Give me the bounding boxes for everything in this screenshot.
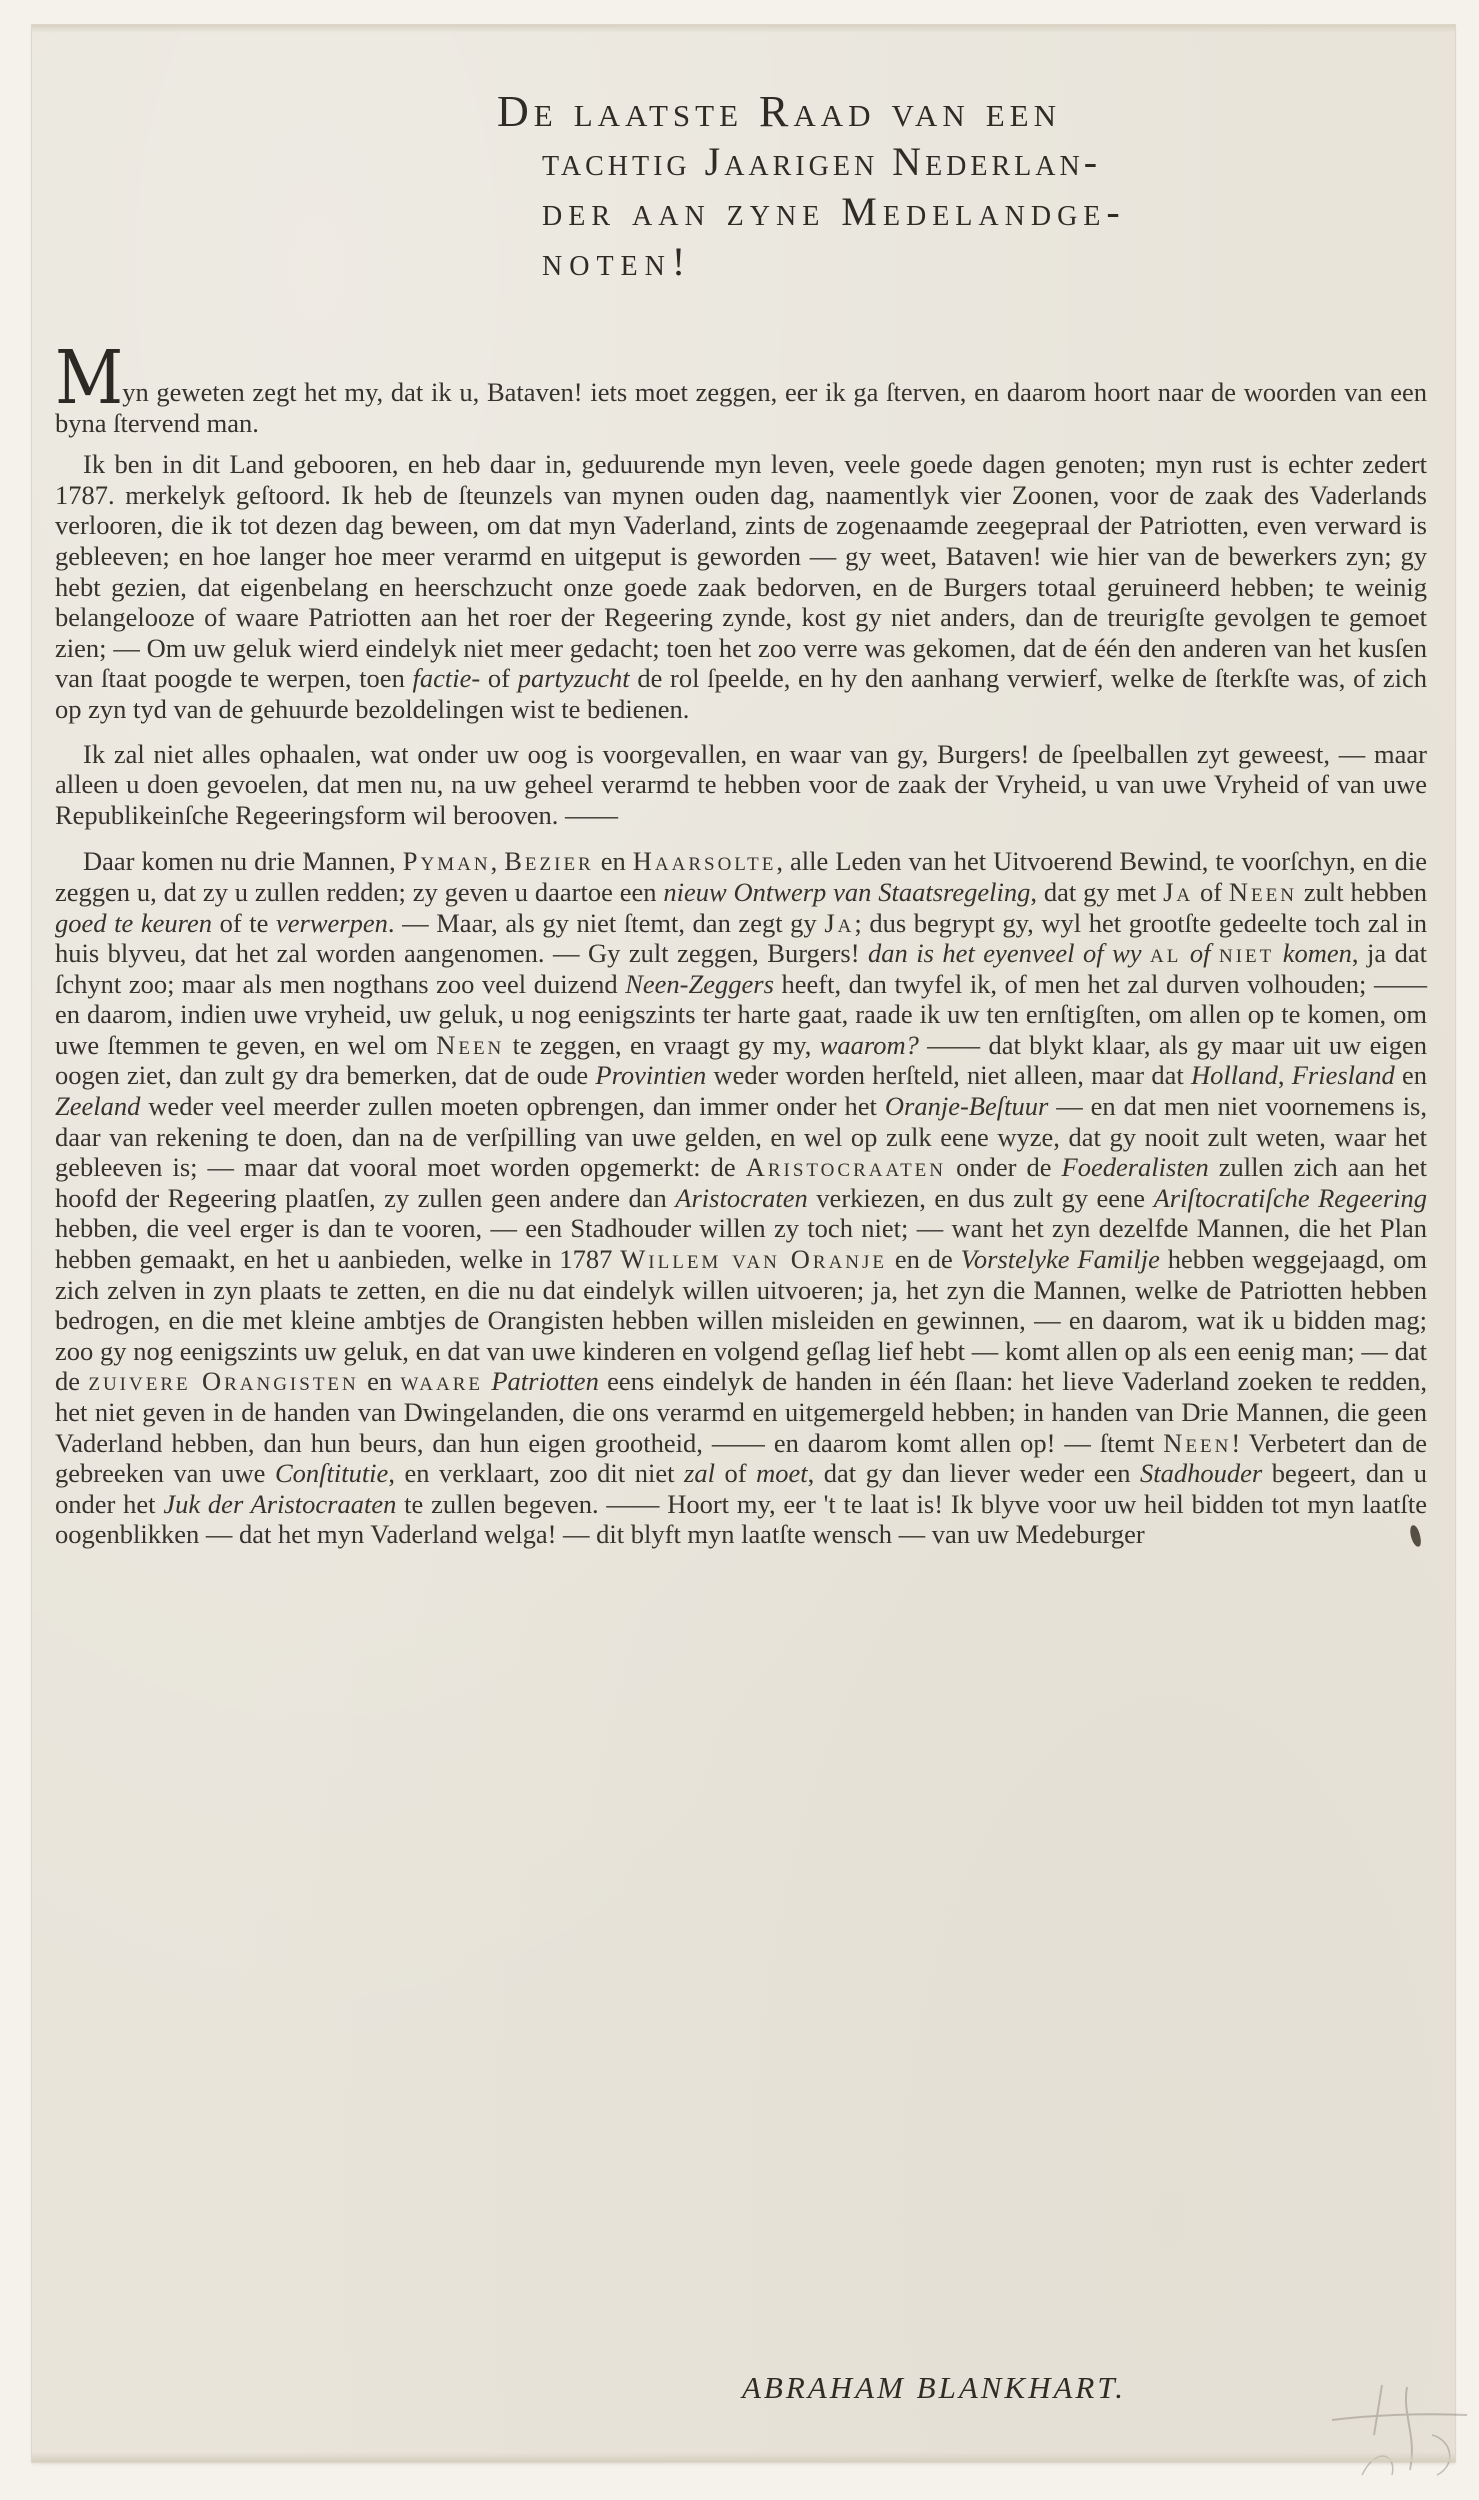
text-run: verkiezen, en dus zult gy eene [808, 1183, 1154, 1213]
italic-phrase: Holland [1191, 1060, 1278, 1090]
italic-phrase: Friesland [1292, 1060, 1395, 1090]
text-run: , en verklaart, zoo dit niet [388, 1458, 684, 1488]
italic-phrase: verwerpen [276, 908, 388, 938]
italic-phrase: moet [756, 1458, 808, 1488]
paragraph-4: Daar komen nu drie Mannen, Pyman, Bezier… [55, 846, 1427, 1550]
small-caps-phrase: Willem van Oranje [620, 1244, 887, 1274]
text-run: Ik zal niet alles ophaalen, wat onder uw… [55, 739, 1427, 830]
small-caps-phrase: Neen [436, 1030, 504, 1060]
text-run [1181, 938, 1190, 968]
text-run: , [491, 846, 505, 876]
italic-phrase: komen [1283, 938, 1352, 968]
text-run: , [1278, 1060, 1292, 1090]
italic-phrase: Zeeland [55, 1091, 140, 1121]
title-line-2: tachtig Jaarigen Nederlan- [497, 137, 1407, 187]
paragraph-2: Ik ben in dit Land gebooren, en heb daar… [55, 449, 1427, 724]
text-run: weder veel meerder zullen moeten opbreng… [140, 1091, 885, 1121]
small-caps-phrase: Ja [824, 908, 854, 938]
text-run: en [1395, 1060, 1427, 1090]
italic-phrase: Aristocraten [675, 1183, 808, 1213]
small-caps-phrase: zuivere Orangisten [88, 1366, 358, 1396]
italic-phrase: Neen-Zeggers [625, 969, 774, 999]
small-caps-phrase: Haarsolte [633, 846, 777, 876]
text-run: Daar komen nu drie Mannen, [83, 846, 403, 876]
text-run: of te [212, 908, 276, 938]
title-line-1: De laatste Raad van een [497, 87, 1407, 137]
text-run: zult hebben [1297, 877, 1427, 907]
text-run: of [715, 1458, 756, 1488]
italic-phrase: Stadhouder [1140, 1458, 1262, 1488]
italic-phrase: zal [684, 1458, 715, 1488]
small-caps-phrase: Pyman [403, 846, 491, 876]
italic-phrase: waarom? [820, 1030, 919, 1060]
text-run: of [480, 663, 518, 693]
italic-phrase: Foederalisten [1062, 1152, 1209, 1182]
small-caps-phrase: Aristocraaten [746, 1152, 946, 1182]
italic-phrase: Patriotten [491, 1366, 598, 1396]
paragraph-1: Myn geweten zegt het my, dat ik u, Batav… [55, 363, 1427, 438]
text-run: weder worden herſteld, niet alleen, maar… [706, 1060, 1191, 1090]
broadside-paper: De laatste Raad van een tachtig Jaarigen… [32, 25, 1455, 2462]
small-caps-phrase: niet [1219, 938, 1274, 968]
italic-phrase: Vorstelyke Familje [961, 1244, 1160, 1274]
text-run [1210, 938, 1219, 968]
text-run: of [1193, 877, 1229, 907]
small-caps-phrase: Ja [1163, 877, 1193, 907]
text-run [1142, 938, 1151, 968]
italic-phrase: factie- [413, 663, 481, 693]
author-signature: ABRAHAM BLANKHART. [742, 2370, 1126, 2406]
small-caps-phrase: Bezier [504, 846, 594, 876]
pencil-annotation-mark [1322, 2375, 1472, 2485]
small-caps-phrase: al [1150, 938, 1181, 968]
title-line-4: noten! [497, 237, 1407, 287]
paragraph-3: Ik zal niet alles ophaalen, wat onder uw… [55, 739, 1427, 831]
italic-phrase: Conſtitutie [275, 1458, 388, 1488]
title-line-3: der aan zyne Medelandge- [497, 187, 1407, 237]
text-run: en de [887, 1244, 961, 1274]
text-run: , dat gy met [1030, 877, 1163, 907]
italic-phrase: dan is het eyenveel of wy [868, 938, 1142, 968]
text-run: en [359, 1366, 401, 1396]
text-run: en [594, 846, 633, 876]
italic-phrase: goed te keuren [55, 908, 212, 938]
italic-phrase: Juk der Aristocraaten [163, 1489, 396, 1519]
italic-phrase: of [1190, 938, 1211, 968]
text-run: Ik ben in dit Land gebooren, en heb daar… [55, 449, 1427, 693]
italic-phrase: Oranje-Beſtuur [885, 1091, 1048, 1121]
text-run [1274, 938, 1283, 968]
small-caps-phrase: Neen [1163, 1428, 1231, 1458]
text-run: te zeggen, en vraagt gy my, [504, 1030, 819, 1060]
text-run: onder de [946, 1152, 1062, 1182]
italic-phrase: nieuw Ontwerp van Staatsregeling [663, 877, 1030, 907]
small-caps-phrase: waare [400, 1366, 483, 1396]
text-run: , dat gy dan liever weder een [808, 1458, 1140, 1488]
small-caps-phrase: Neen [1229, 877, 1297, 907]
document-body: Myn geweten zegt het my, dat ik u, Batav… [55, 363, 1427, 1550]
italic-phrase: partyzucht [518, 663, 630, 693]
italic-phrase: Ariſtocratiſche Regeering [1154, 1183, 1427, 1213]
italic-phrase: Provintien [595, 1060, 706, 1090]
text-run: . — Maar, als gy niet ſtemt, dan zegt gy [388, 908, 824, 938]
document-title: De laatste Raad van een tachtig Jaarigen… [497, 87, 1407, 287]
text-run: yn geweten zegt het my, dat ik u, Batave… [55, 377, 1427, 438]
